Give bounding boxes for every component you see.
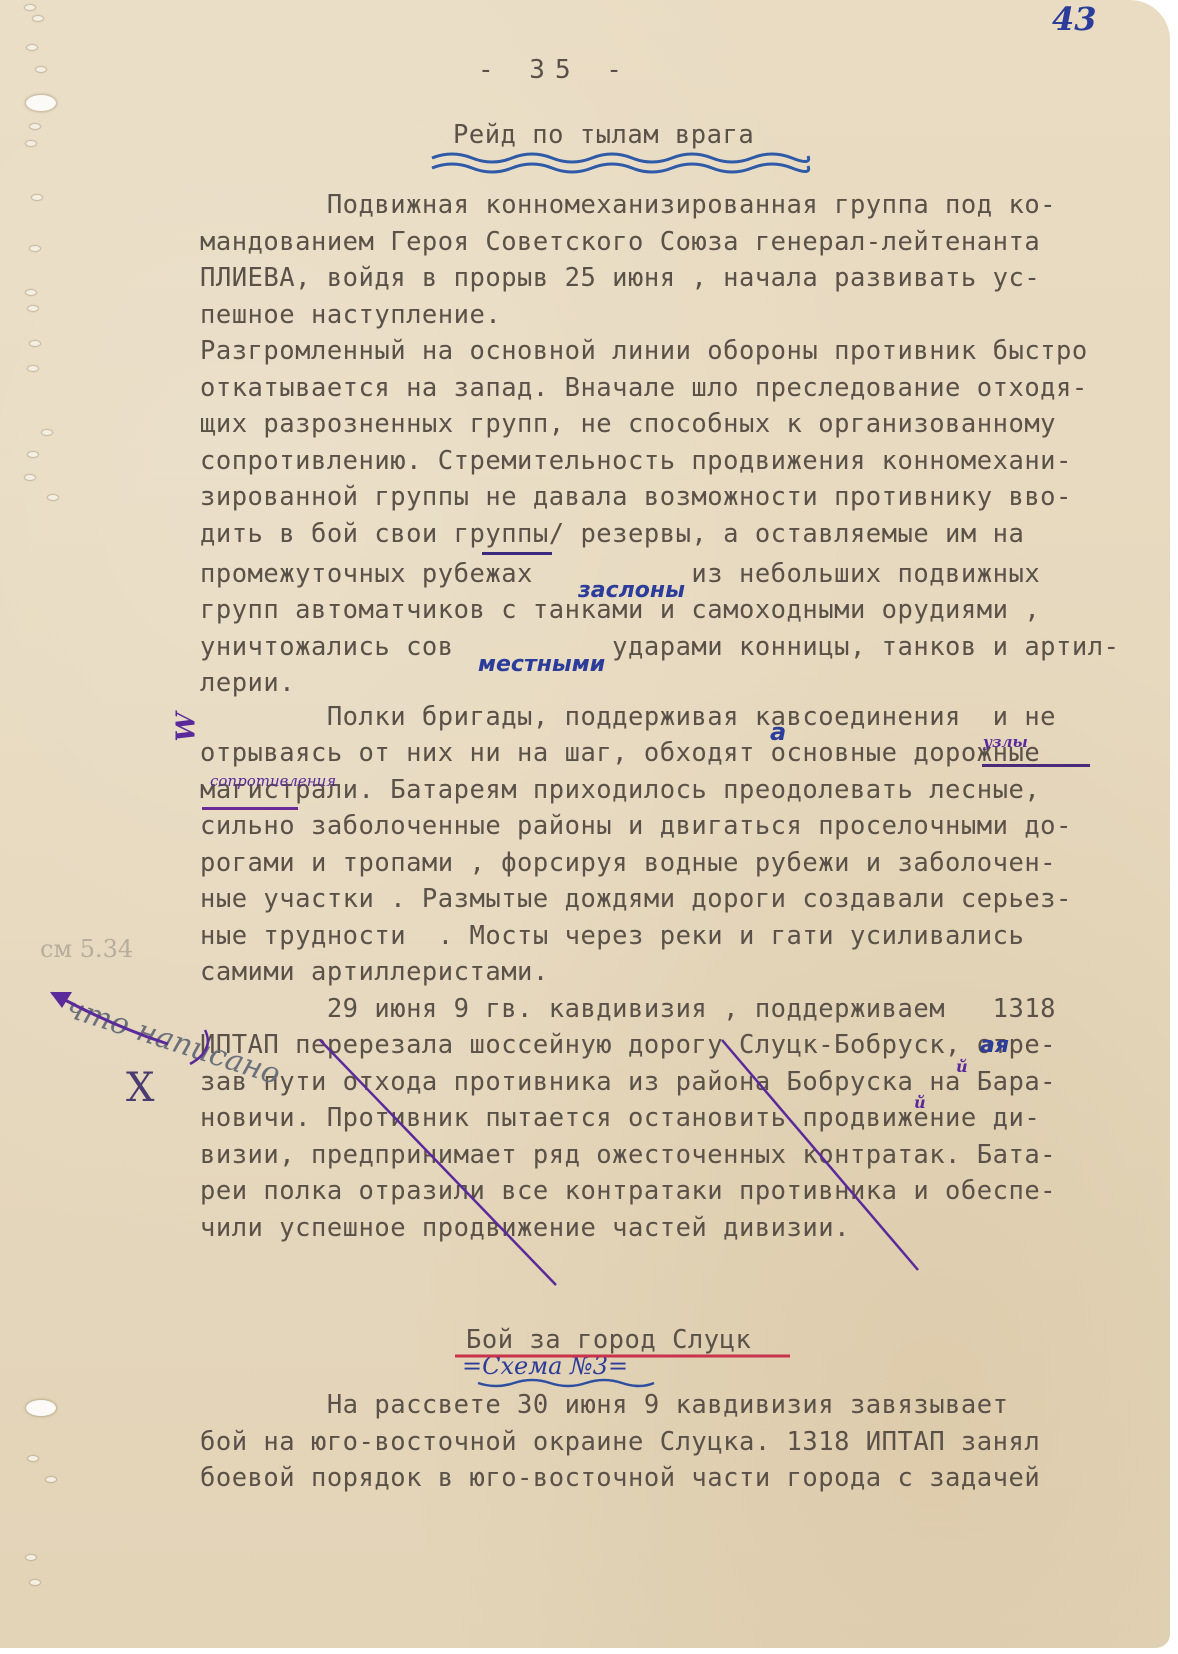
scheme-underline — [478, 1380, 654, 1386]
document-page: 43 - 35 - Рейд по тылам врага Подвижная … — [0, 0, 1170, 1648]
diagonal-cancel-line — [320, 1040, 556, 1285]
annotation-marks — [0, 0, 1178, 1654]
wavy-underline — [432, 164, 809, 172]
margin-parenthesis — [190, 1030, 208, 1064]
wavy-underline — [432, 154, 809, 162]
arrow-head-icon — [50, 992, 72, 1008]
diagonal-cancel-line — [722, 1040, 918, 1270]
arrow-icon — [52, 993, 168, 1044]
